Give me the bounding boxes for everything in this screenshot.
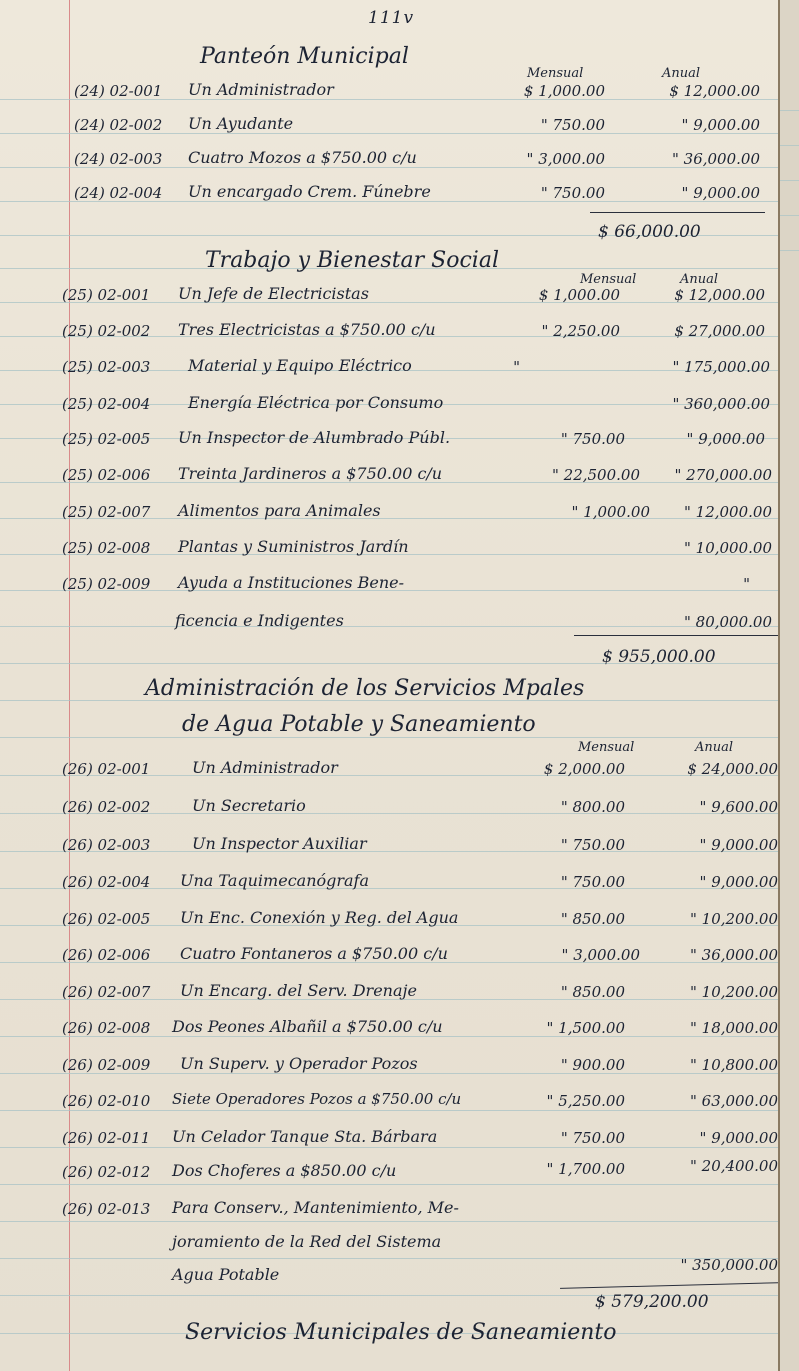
section-title: Servicios Municipales de Saneamiento <box>185 1320 617 1345</box>
monthly-amount: " <box>400 358 520 376</box>
budget-code: (26) 02-008 <box>62 1019 150 1037</box>
item-description: Para Conserv., Mantenimiento, Me- <box>172 1198 459 1217</box>
section-title: Trabajo y Bienestar Social <box>205 248 499 273</box>
annual-amount: " 10,000.00 <box>662 539 772 557</box>
ruled-line <box>0 1221 778 1222</box>
column-header-monthly: Mensual <box>527 66 583 81</box>
budget-code: (25) 02-006 <box>62 466 150 484</box>
item-description: Cuatro Fontaneros a $750.00 c/u <box>180 944 448 963</box>
annual-amount: $ 24,000.00 <box>668 760 778 778</box>
budget-code: (26) 02-011 <box>62 1129 150 1147</box>
annual-amount: " 9,000.00 <box>668 836 778 854</box>
annual-amount: " 175,000.00 <box>660 358 770 376</box>
annual-amount: " 18,000.00 <box>668 1019 778 1037</box>
item-description: Tres Electricistas a $750.00 c/u <box>178 320 436 339</box>
ruled-line <box>0 1110 778 1111</box>
column-header-monthly: Mensual <box>580 272 636 287</box>
ruled-line <box>0 1258 778 1259</box>
budget-code: (25) 02-005 <box>62 430 150 448</box>
budget-code: (26) 02-007 <box>62 983 150 1001</box>
item-description: Un Secretario <box>192 796 306 815</box>
item-description: joramiento de la Red del Sistema <box>172 1232 441 1251</box>
item-description: Un Superv. y Operador Pozos <box>180 1054 418 1073</box>
budget-code: (26) 02-004 <box>62 873 150 891</box>
ruled-line <box>780 110 799 111</box>
item-description: Cuatro Mozos a $750.00 c/u <box>188 148 417 167</box>
ruled-line <box>0 737 778 738</box>
monthly-amount: " 3,000.00 <box>485 150 605 168</box>
annual-amount: " 9,000.00 <box>668 873 778 891</box>
section-total: $ 579,200.00 <box>595 1292 709 1312</box>
column-header-annual: Anual <box>680 272 718 287</box>
budget-code: (25) 02-009 <box>62 575 150 593</box>
monthly-amount: " 800.00 <box>505 798 625 816</box>
monthly-amount: " 2,250.00 <box>500 322 620 340</box>
annual-amount: " 270,000.00 <box>662 466 772 484</box>
budget-code: (25) 02-003 <box>62 358 150 376</box>
budget-code: (26) 02-010 <box>62 1092 150 1110</box>
monthly-amount: " 22,500.00 <box>520 466 640 484</box>
page-number: 111v <box>368 8 414 28</box>
annual-amount: " 10,200.00 <box>668 910 778 928</box>
item-description: Un Administrador <box>192 758 338 777</box>
item-description: Un Inspector de Alumbrado Públ. <box>178 428 450 447</box>
annual-amount: " 9,000.00 <box>668 1129 778 1147</box>
monthly-amount: " 750.00 <box>505 873 625 891</box>
budget-code: (26) 02-006 <box>62 946 150 964</box>
budget-code: (26) 02-013 <box>62 1200 150 1218</box>
item-description: Alimentos para Animales <box>178 501 381 520</box>
item-description: Plantas y Suministros Jardín <box>178 537 409 556</box>
section-total: $ 955,000.00 <box>602 647 716 667</box>
monthly-amount: " 750.00 <box>505 836 625 854</box>
budget-code: (25) 02-004 <box>62 395 150 413</box>
item-description: Un Celador Tanque Sta. Bárbara <box>172 1127 437 1146</box>
budget-code: (25) 02-007 <box>62 503 150 521</box>
monthly-amount: " 1,000.00 <box>530 503 650 521</box>
item-description: Energía Eléctrica por Consumo <box>188 393 443 412</box>
item-description: Dos Choferes a $850.00 c/u <box>172 1161 396 1180</box>
item-description: Un Ayudante <box>188 114 293 133</box>
monthly-amount: " 1,500.00 <box>505 1019 625 1037</box>
budget-code: (26) 02-001 <box>62 760 150 778</box>
budget-code: (24) 02-002 <box>74 116 162 134</box>
ruled-line <box>780 180 799 181</box>
monthly-amount: " 750.00 <box>485 184 605 202</box>
item-description: ficencia e Indigentes <box>175 611 344 630</box>
item-description: Agua Potable <box>172 1265 279 1284</box>
item-description: Material y Equipo Eléctrico <box>188 356 412 375</box>
monthly-amount: " 900.00 <box>505 1056 625 1074</box>
monthly-amount: " 750.00 <box>485 116 605 134</box>
budget-code: (26) 02-012 <box>62 1163 150 1181</box>
annual-amount: " 36,000.00 <box>650 150 760 168</box>
monthly-amount: " 750.00 <box>505 430 625 448</box>
total-underline <box>574 635 778 636</box>
annual-amount: " 80,000.00 <box>662 613 772 631</box>
annual-amount: $ 12,000.00 <box>650 82 760 100</box>
section-title: Administración de los Servicios Mpales <box>145 676 584 701</box>
monthly-amount: " 750.00 <box>505 1129 625 1147</box>
column-header-annual: Anual <box>695 740 733 755</box>
item-description: Un Encarg. del Serv. Drenaje <box>180 981 417 1000</box>
total-underline <box>560 1282 778 1289</box>
item-description: Treinta Jardineros a $750.00 c/u <box>178 464 442 483</box>
page-edge <box>778 0 799 1371</box>
monthly-amount: $ 2,000.00 <box>505 760 625 778</box>
budget-code: (24) 02-001 <box>74 82 162 100</box>
annual-amount: " 350,000.00 <box>668 1256 778 1274</box>
item-description: Dos Peones Albañil a $750.00 c/u <box>172 1017 443 1036</box>
monthly-amount: " 850.00 <box>505 910 625 928</box>
annual-amount: " 9,000.00 <box>650 116 760 134</box>
annual-amount: " 9,000.00 <box>655 430 765 448</box>
annual-amount: " 360,000.00 <box>660 395 770 413</box>
annual-amount: " 12,000.00 <box>662 503 772 521</box>
ruled-line <box>780 145 799 146</box>
annual-amount: " 20,400.00 <box>668 1157 778 1175</box>
item-description: Un Enc. Conexión y Reg. del Agua <box>180 908 458 927</box>
budget-code: (25) 02-008 <box>62 539 150 557</box>
ruled-line <box>0 1147 778 1148</box>
monthly-amount: " 1,700.00 <box>505 1160 625 1178</box>
ruled-line <box>780 215 799 216</box>
item-description: Un Administrador <box>188 80 334 99</box>
annual-amount: " <box>640 575 750 593</box>
monthly-amount: " 3,000.00 <box>520 946 640 964</box>
budget-code: (24) 02-004 <box>74 184 162 202</box>
annual-amount: " 9,000.00 <box>650 184 760 202</box>
budget-code: (25) 02-001 <box>62 286 150 304</box>
item-description: Ayuda a Instituciones Bene- <box>178 573 404 592</box>
annual-amount: " 36,000.00 <box>668 946 778 964</box>
annual-amount: $ 12,000.00 <box>655 286 765 304</box>
annual-amount: $ 27,000.00 <box>655 322 765 340</box>
ruled-line <box>0 1184 778 1185</box>
monthly-amount: " 850.00 <box>505 983 625 1001</box>
ruled-line <box>780 250 799 251</box>
section-total: $ 66,000.00 <box>598 222 701 242</box>
budget-code: (25) 02-002 <box>62 322 150 340</box>
budget-code: (26) 02-005 <box>62 910 150 928</box>
item-description: Siete Operadores Pozos a $750.00 c/u <box>172 1090 461 1108</box>
budget-code: (26) 02-009 <box>62 1056 150 1074</box>
annual-amount: " 63,000.00 <box>668 1092 778 1110</box>
annual-amount: " 9,600.00 <box>668 798 778 816</box>
ledger-page: 111v Panteón Municipal Mensual Anual (24… <box>0 0 778 1371</box>
section-title-line2: de Agua Potable y Saneamiento <box>182 712 536 737</box>
monthly-amount: " 5,250.00 <box>505 1092 625 1110</box>
section-title: Panteón Municipal <box>200 44 409 69</box>
item-description: Un Jefe de Electricistas <box>178 284 369 303</box>
item-description: Una Taquimecanógrafa <box>180 871 369 890</box>
budget-code: (26) 02-003 <box>62 836 150 854</box>
item-description: Un Inspector Auxiliar <box>192 834 367 853</box>
budget-code: (26) 02-002 <box>62 798 150 816</box>
column-header-annual: Anual <box>662 66 700 81</box>
annual-amount: " 10,800.00 <box>668 1056 778 1074</box>
monthly-amount: $ 1,000.00 <box>485 82 605 100</box>
monthly-amount: $ 1,000.00 <box>500 286 620 304</box>
item-description: Un encargado Crem. Fúnebre <box>188 182 431 201</box>
column-header-monthly: Mensual <box>578 740 634 755</box>
annual-amount: " 10,200.00 <box>668 983 778 1001</box>
budget-code: (24) 02-003 <box>74 150 162 168</box>
total-underline <box>590 212 765 213</box>
